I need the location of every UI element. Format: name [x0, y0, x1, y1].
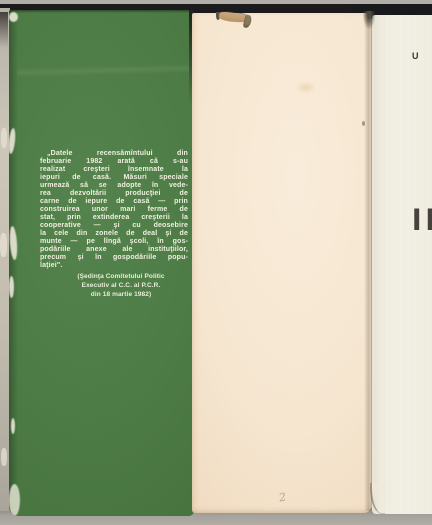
quote-attribution: (Şedinţa Comitetului PoliticExecutiv al … — [61, 272, 181, 299]
cutoff-text-fragment: U — [412, 51, 419, 61]
quote-line: la cele din zonele de deal şi de — [40, 230, 188, 238]
attribution-line: Executiv al C.C. al P.C.R. — [61, 281, 181, 290]
attribution-line: din 18 martie 1982) — [61, 290, 181, 299]
quote-line: stat, prin extinderea creşterii la — [40, 214, 188, 222]
cover-corner-wear — [9, 484, 20, 516]
page-stain — [296, 81, 316, 94]
spine-edge-shadow — [0, 12, 8, 48]
page-speck — [362, 121, 365, 126]
quote-line: urmează să se adopte în vede- — [40, 182, 188, 190]
quote-line: rea dezvoltării producţiei de — [40, 190, 188, 198]
quote-line: podăriile anexe ale instituţiilor, — [40, 246, 188, 254]
pencil-mark: 2 — [278, 490, 287, 504]
quote-line: iepuri de casă. Măsuri speciale — [40, 174, 188, 182]
quote-line: laţiei". — [40, 262, 188, 270]
cover-quote: „Datele recensămîntului dinfebruarie 198… — [40, 150, 188, 270]
quote-line: „Datele recensămîntului din — [40, 150, 188, 158]
quote-line: realizat creşteri însemnate la — [40, 166, 188, 174]
cover-top-edge-shadow — [9, 10, 194, 13]
spine-scuff — [1, 448, 7, 466]
cover-light-streak — [17, 64, 189, 77]
gutter-top-notch — [363, 11, 375, 29]
book-scan: „Datele recensămîntului dinfebruarie 198… — [0, 0, 432, 525]
endpaper-page: 2 — [192, 13, 371, 513]
quote-line: munte — pe lîngă şcoli, în gos- — [40, 238, 188, 246]
attribution-line: (Şedinţa Comitetului Politic — [61, 272, 181, 281]
cover-wear-mark — [9, 276, 14, 298]
next-page-edge: U II — [372, 15, 432, 514]
cover-wear-mark — [9, 12, 18, 22]
quote-line: precum şi în gospodăriile popu- — [40, 254, 188, 262]
page-tear-tip — [243, 14, 253, 28]
quote-line: construirea unor mari ferme de — [40, 206, 188, 214]
quote-line: cooperative — şi cu deosebire — [40, 222, 188, 230]
quote-line: februarie 1982 arată că s-au — [40, 158, 188, 166]
quote-line: carne de iepure de casă — prin — [40, 198, 188, 206]
cover-spine-shade — [9, 10, 18, 516]
cover-wear-mark — [11, 418, 15, 434]
green-book-cover: „Datele recensămîntului dinfebruarie 198… — [9, 10, 194, 516]
spine-scuff — [1, 128, 7, 148]
spine-scuff — [0, 233, 7, 257]
cutoff-title-fragment: II — [412, 204, 432, 235]
